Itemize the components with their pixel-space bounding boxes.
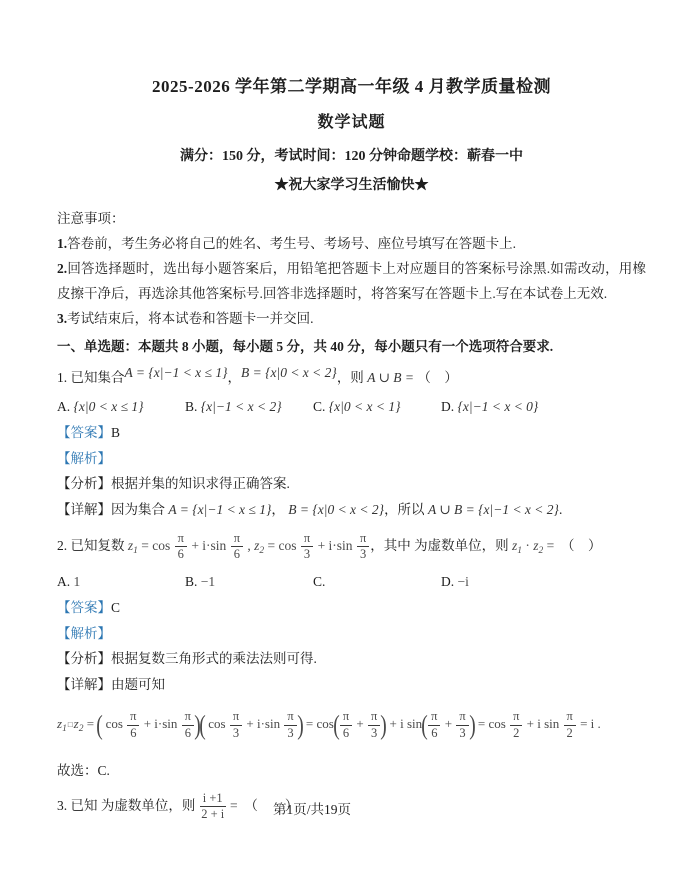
q2-fenxi-label: 【分析】	[57, 651, 111, 666]
page-title: 2025-2026 学年第二学期高一年级 4 月教学质量检测	[57, 72, 646, 97]
notice-section: 注意事项： 1.答卷前，考生务必将自己的姓名、考生号、考场号、座位号填写在答题卡…	[57, 206, 646, 331]
q1-fenxi-line: 【分析】根据并集的知识求得正确答案.	[57, 471, 646, 497]
q2-answer-value: C	[111, 600, 120, 615]
q1-xiangjie-pre: 因为集合	[111, 502, 165, 517]
q2-fenxi-text: 根据复数三角形式的乘法法则可得.	[111, 651, 317, 666]
exam-paper-page: 2025-2026 学年第二学期高一年级 4 月教学质量检测 数学试题 满分：1…	[0, 0, 700, 878]
q2-option-a-label: A.	[57, 574, 70, 589]
section-1-heading: 一、单选题：本题共 8 小题，每小题 5 分，共 40 分，每小题只有一个选项符…	[57, 334, 646, 360]
q1-answer-label: 【答案】	[57, 425, 111, 440]
q2-options-row: A. 1 B. −1 C. D. −i	[57, 568, 646, 595]
notice-heading: 注意事项：	[57, 206, 646, 231]
question-1: 1. 已知集合A = {x|−1 < x ≤ 1}，B = {x|0 < x <…	[57, 363, 646, 393]
question-2: 2. 已知复数 z1 = cos π6 + i·sin π6 , z2 = co…	[57, 529, 646, 568]
q2-xiangjie-text: 由题可知	[111, 677, 165, 692]
q1-answer-value: B	[111, 425, 120, 440]
q2-answer-label: 【答案】	[57, 600, 111, 615]
notice-item-2-number: 2.	[57, 261, 67, 276]
q2-jiexi-line: 【解析】	[57, 621, 646, 647]
q1-answer-line: 【答案】B	[57, 420, 646, 446]
q1-xiangjie-set-a: A = {x|−1 < x ≤ 1}	[168, 502, 271, 517]
q1-option-d-label: D.	[441, 399, 454, 414]
q1-option-a-value: {x|0 < x ≤ 1}	[74, 399, 144, 414]
q1-options-row: A. {x|0 < x ≤ 1} B. {x|−1 < x < 2} C. {x…	[57, 393, 646, 420]
q2-option-b-label: B.	[185, 574, 197, 589]
notice-item-2: 2.回答选择题时，选出每小题答案后，用铅笔把答题卡上对应题目的答案标号涂黑.如需…	[57, 256, 646, 306]
q1-xiangjie-set-b: B = {x|0 < x < 2}	[288, 502, 384, 517]
q2-solution-block: 【答案】C 【解析】 【分析】根据复数三角形式的乘法法则可得. 【详解】由题可知	[57, 595, 646, 697]
q2-choose-line: 故选：C.	[57, 758, 646, 783]
q1-option-a: A. {x|0 < x ≤ 1}	[57, 393, 185, 420]
notice-item-1-text: 答卷前，考生务必将自己的姓名、考生号、考场号、座位号填写在答题卡上.	[67, 236, 516, 251]
q1-solution-block: 【答案】B 【解析】 【分析】根据并集的知识求得正确答案. 【详解】因为集合 A…	[57, 420, 646, 522]
q1-jiexi-line: 【解析】	[57, 446, 646, 472]
q2-option-a: A. 1	[57, 568, 185, 595]
q1-option-d-value: {x|−1 < x < 0}	[458, 399, 539, 414]
q2-answer-line: 【答案】C	[57, 595, 646, 621]
q1-option-b-label: B.	[185, 399, 197, 414]
notice-item-1: 1.答卷前，考生务必将自己的姓名、考生号、考场号、座位号填写在答题卡上.	[57, 231, 646, 256]
q1-xiangjie-comma: ，	[271, 502, 285, 517]
q2-option-d-value: −i	[458, 574, 469, 589]
notice-item-2-text: 回答选择题时，选出每小题答案后，用铅笔把答题卡上对应题目的答案标号涂黑.如需改动…	[57, 261, 646, 301]
paper-subtitle: 数学试题	[57, 109, 646, 132]
q2-jiexi-label: 【解析】	[57, 626, 111, 641]
greeting-line: ★祝大家学习生活愉快★	[57, 174, 646, 194]
notice-item-1-number: 1.	[57, 236, 67, 251]
q1-set-a-formula: A = {x|−1 < x ≤ 1}	[125, 365, 228, 380]
q2-worked-formula: z1□z2 = ( cos π6 + i·sin π6)( cos π3 + i…	[57, 704, 646, 749]
notice-item-3: 3.考试结束后，将本试卷和答题卡一并交回.	[57, 306, 646, 331]
q1-set-b-formula: B = {x|0 < x < 2}	[241, 365, 337, 380]
notice-item-3-text: 考试结束后，将本试卷和答题卡一并交回.	[67, 311, 313, 326]
q1-fenxi-label: 【分析】	[57, 476, 111, 491]
q1-xiangjie-result: A ∪ B = {x|−1 < x < 2}	[425, 502, 559, 517]
q1-xiangjie-label: 【详解】	[57, 502, 111, 517]
q1-prefix: 1. 已知集合	[57, 370, 125, 385]
q2-option-c: C.	[313, 568, 441, 595]
q2-xiangjie-label: 【详解】	[57, 677, 111, 692]
q1-xiangjie-period: .	[559, 502, 562, 517]
q1-option-a-label: A.	[57, 399, 70, 414]
q2-option-b-value: −1	[201, 574, 215, 589]
q1-union-formula: A ∪ B =	[364, 370, 418, 385]
page-footer: 第1页/共19页	[273, 798, 351, 818]
q1-xiangjie-line: 【详解】因为集合 A = {x|−1 < x ≤ 1}， B = {x|0 < …	[57, 497, 646, 523]
q2-option-d: D. −i	[441, 568, 469, 595]
q1-option-c-label: C.	[313, 399, 325, 414]
q1-option-c: C. {x|0 < x < 1}	[313, 393, 441, 420]
q2-fenxi-line: 【分析】根据复数三角形式的乘法法则可得.	[57, 646, 646, 672]
q1-then: ，则	[337, 370, 364, 385]
q1-fenxi-text: 根据并集的知识求得正确答案.	[111, 476, 290, 491]
notice-item-3-number: 3.	[57, 311, 67, 326]
q1-option-b: B. {x|−1 < x < 2}	[185, 393, 313, 420]
q1-answer-paren: （ ）	[417, 370, 458, 385]
question-3: 3. 已知 为虚数单位，则 i +12 + i = （ ）	[57, 788, 646, 824]
q2-option-a-value: 1	[74, 574, 81, 589]
exam-info-line: 满分：150 分，考试时间：120 分钟命题学校：蕲春一中	[57, 145, 646, 165]
q1-jiexi-label: 【解析】	[57, 451, 111, 466]
q2-xiangjie-line: 【详解】由题可知	[57, 672, 646, 698]
q2-option-b: B. −1	[185, 568, 313, 595]
q2-option-d-label: D.	[441, 574, 454, 589]
q2-option-c-label: C.	[313, 574, 325, 589]
q1-xiangjie-suoyi: ，所以	[384, 502, 425, 517]
q1-option-d: D. {x|−1 < x < 0}	[441, 393, 538, 420]
q1-option-c-value: {x|0 < x < 1}	[329, 399, 401, 414]
q1-option-b-value: {x|−1 < x < 2}	[201, 399, 282, 414]
q1-comma: ，	[227, 370, 241, 385]
